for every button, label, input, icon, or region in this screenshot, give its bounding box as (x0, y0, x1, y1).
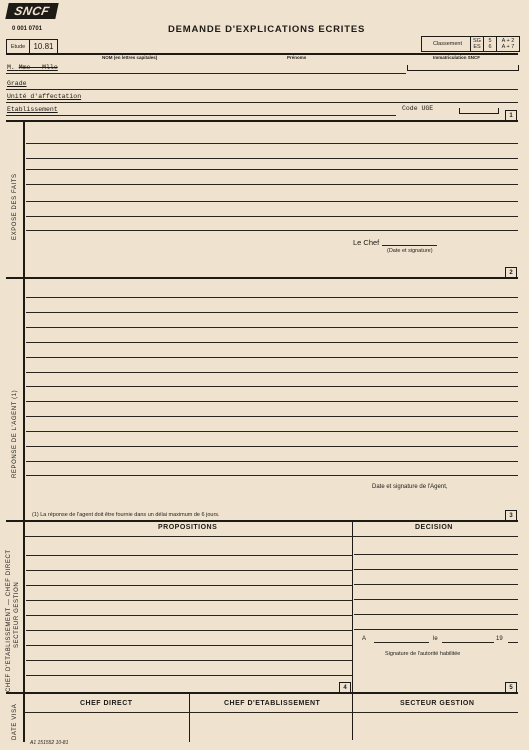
propositions-line[interactable] (26, 675, 352, 676)
civility-struck: Mme - Mlle (19, 64, 58, 71)
section3-side-label: REPONSE DE L'AGENT (1) (12, 390, 18, 478)
propositions-line[interactable] (26, 570, 352, 571)
classement-label: Classement (433, 41, 462, 47)
reponse-line[interactable] (26, 475, 518, 476)
classement-box: Classement SGES 56 A + 2A + 7 (421, 36, 520, 52)
code-uge-label: Code UGE (402, 105, 433, 112)
decision-year-input[interactable] (508, 642, 518, 643)
form-title: DEMANDE D'EXPLICATIONS ECRITES (168, 24, 365, 35)
date-signature-caption: (Date et signature) (387, 248, 433, 254)
header-rule (24, 536, 518, 537)
reponse-line[interactable] (26, 416, 518, 417)
agent-signature-caption: Date et signature de l'Agent, (372, 484, 448, 490)
signature-authority-caption: Signature de l'autorité habilitée (385, 651, 460, 657)
visa-secteur-gestion: SECTEUR GESTION (400, 700, 474, 707)
reponse-line[interactable] (26, 386, 518, 387)
nom-caption: NOM (en lettres capitales) (102, 55, 157, 60)
section2-left-rule (23, 120, 25, 278)
reponse-line[interactable] (26, 357, 518, 358)
classement-a7: A + 7 (502, 44, 515, 50)
reponse-line[interactable] (26, 327, 518, 328)
visa-top-border (6, 692, 518, 694)
faits-line[interactable] (26, 143, 518, 144)
visa-chef-direct: CHEF DIRECT (80, 700, 133, 707)
classement-6: 6 (488, 44, 491, 50)
nom-line[interactable] (6, 73, 406, 74)
visa-header-rule (24, 712, 518, 713)
propositions-header: PROPOSITIONS (158, 524, 217, 531)
section4-left-rule (23, 520, 25, 692)
decision-line[interactable] (354, 629, 518, 630)
unite-label: Unité d'affectation (7, 93, 81, 100)
code-uge-input[interactable] (459, 108, 499, 114)
etude-label: Etude (7, 40, 30, 54)
faits-line[interactable] (26, 201, 518, 202)
faits-line[interactable] (26, 158, 518, 159)
etablissement-label: Etablissement (7, 106, 58, 113)
propositions-line[interactable] (26, 645, 352, 646)
grade-line[interactable] (6, 89, 518, 90)
section3-top-border (6, 277, 518, 279)
propositions-line[interactable] (26, 585, 352, 586)
decision-line[interactable] (354, 554, 518, 555)
etude-value: 10.81 (30, 40, 57, 54)
propositions-line[interactable] (26, 615, 352, 616)
reponse-line[interactable] (26, 312, 518, 313)
section4-side-label-2: SECTEUR GESTION (14, 582, 20, 648)
faits-line[interactable] (26, 169, 518, 170)
faits-line[interactable] (26, 216, 518, 217)
reponse-line[interactable] (26, 446, 518, 447)
section4-side-label-1: CHEF D'ETABLISSEMENT — CHEF DIRECT (6, 549, 12, 692)
form-number: 0 001 0701 (12, 26, 42, 32)
section3-left-rule (23, 277, 25, 522)
propositions-line[interactable] (26, 660, 352, 661)
visa-chef-etablissement: CHEF D'ETABLISSEMENT (224, 700, 320, 707)
reponse-line[interactable] (26, 342, 518, 343)
immatriculation-input[interactable] (407, 65, 519, 71)
section2-side-label: EXPOSE DES FAITS (12, 173, 18, 240)
grade-label: Grade (7, 80, 27, 87)
decision-header: DECISION (415, 524, 453, 531)
propositions-line[interactable] (26, 600, 352, 601)
decision-line[interactable] (354, 569, 518, 570)
visa-left-rule (23, 692, 25, 742)
propositions-line[interactable] (26, 630, 352, 631)
decision-line[interactable] (354, 614, 518, 615)
decision-place-input[interactable] (374, 642, 429, 643)
sncf-logo: SNCF (5, 3, 58, 19)
reponse-footnote: (1) La réponse de l'agent doit être four… (32, 512, 220, 518)
propositions-line[interactable] (26, 555, 352, 556)
chef-signature-line[interactable] (382, 245, 437, 246)
visa-divider (189, 692, 190, 742)
faits-line[interactable] (26, 230, 518, 231)
faits-line[interactable] (26, 184, 518, 185)
decision-line[interactable] (354, 584, 518, 585)
decision-date-input[interactable] (442, 642, 494, 643)
civility-field[interactable]: M. Mme - Mlle (7, 64, 58, 71)
reponse-line[interactable] (26, 297, 518, 298)
etablissement-line[interactable] (6, 115, 396, 116)
classement-es: ES (473, 44, 480, 50)
decision-place-label: A (362, 636, 366, 642)
le-chef-label: Le Chef (353, 238, 379, 247)
reponse-line[interactable] (26, 461, 518, 462)
section2-top-border (6, 120, 518, 122)
print-reference: A1 151552 10-81 (30, 740, 68, 746)
reponse-line[interactable] (26, 431, 518, 432)
reponse-line[interactable] (26, 372, 518, 373)
visa-side-label: DATE VISA (12, 704, 18, 740)
immatriculation-caption: Immatriculation SNCF (433, 55, 480, 60)
propositions-decision-divider (352, 520, 353, 740)
reponse-line[interactable] (26, 401, 518, 402)
civility-label: M. (7, 64, 15, 71)
unite-line[interactable] (6, 102, 518, 103)
prenoms-caption: Prénoms (287, 55, 306, 60)
section4-top-border (6, 520, 518, 522)
decision-year-prefix: 19 (496, 636, 503, 642)
decision-date-label: le (433, 636, 438, 642)
decision-line[interactable] (354, 599, 518, 600)
